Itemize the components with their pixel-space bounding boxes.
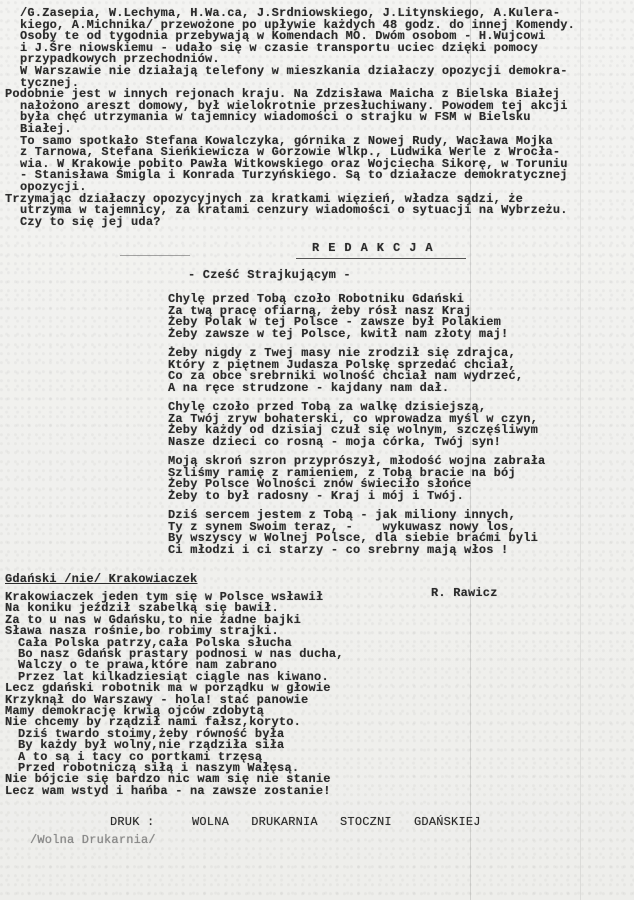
poem2-title: Gdański /nie/ Krakowiaczek <box>5 572 197 586</box>
report-line: Czy to się jej uda? <box>20 215 161 229</box>
poem1-line: Ci młodzi i ci starzy - co srebrny mają … <box>168 543 508 557</box>
poem1-line: Żeby zawsze w tej Polsce, kwitł nam złot… <box>168 327 508 341</box>
signature-rule <box>296 258 466 259</box>
footer-printer: WOLNA DRUKARNIA STOCZNI GDAŃSKIEJ <box>192 815 481 829</box>
footer-print-label: DRUK : <box>110 815 154 829</box>
poem1-line: Nasze dzieci co rosną - moja córka, Twój… <box>168 435 501 449</box>
report-line: W Warszawie nie działają telefony w mies… <box>20 64 568 78</box>
report-line: - Stanisława Śmigla i Konrada Turzyńskie… <box>20 168 568 182</box>
separator-rule <box>120 255 190 256</box>
poem1-title: - Cześć Strajkującym - <box>188 268 351 282</box>
poem2-line: Lecz wam wstyd i hańba - na zawsze zosta… <box>5 784 331 798</box>
footer-faint-note: /Wolna Drukarnia/ <box>30 833 156 847</box>
scan-artifact-line <box>580 0 581 900</box>
poem1-line: A na ręce strudzone - kajdany nam dał. <box>168 381 449 395</box>
report-line: była chęć utrzymania w tajemnicy wiadomo… <box>20 110 531 124</box>
signature-redakcja: REDAKCJA <box>312 241 442 255</box>
poem1-author: R. Rawicz <box>431 586 498 600</box>
poem1-line: Żeby to był radosny - Kraj i mój i Twój. <box>168 489 464 503</box>
